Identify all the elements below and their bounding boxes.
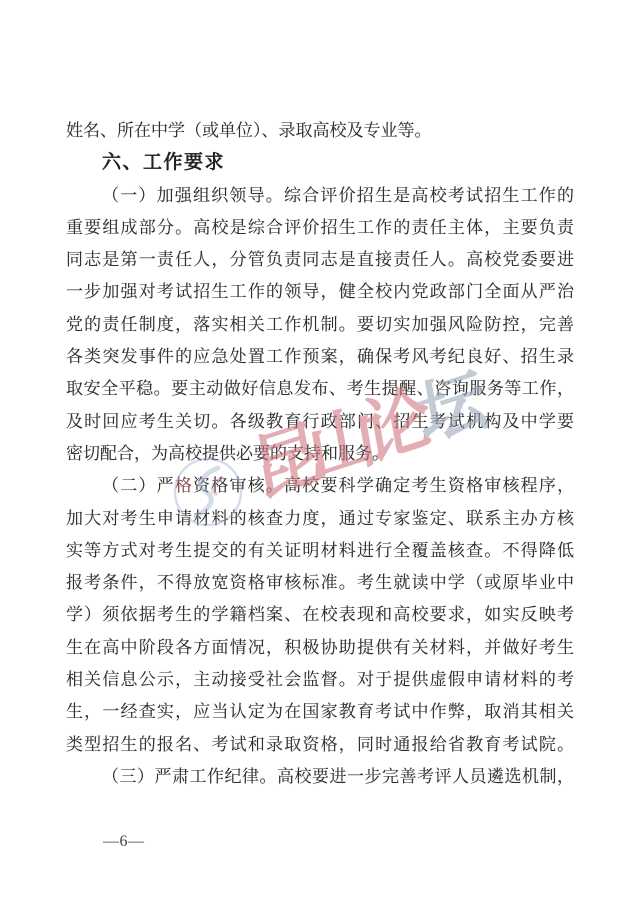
document-line: 各类突发事件的应急处置工作预案，确保考风考纪良好、招生录 [66, 341, 574, 373]
document-page: 姓名、所在中学（或单位）、录取高校及专业等。六、工作要求（一）加强组织领导。综合… [0, 0, 640, 905]
document-line: 密切配合，为高校提供必要的支持和服务。 [66, 438, 574, 470]
document-line: 加大对考生申请材料的核查力度，通过专家鉴定、联系主办方核 [66, 503, 574, 535]
document-line: 党的责任制度，落实相关工作机制。要切实加强风险防控，完善 [66, 309, 574, 341]
document-line: 生在高中阶段各方面情况，积极协助提供有关材料，并做好考生 [66, 632, 574, 664]
section-heading: 六、工作要求 [66, 147, 574, 179]
document-line: （二）严格资格审核。高校要科学确定考生资格审核程序， [66, 470, 574, 502]
document-line: 重要组成部分。高校是综合评价招生工作的责任主体，主要负责 [66, 212, 574, 244]
document-line: 实等方式对考生提交的有关证明材料进行全覆盖核查。不得降低 [66, 535, 574, 567]
document-line: 姓名、所在中学（或单位）、录取高校及专业等。 [66, 115, 574, 147]
document-line: 同志是第一责任人，分管负责同志是直接责任人。高校党委要进 [66, 244, 574, 276]
document-line: 类型招生的报名、考试和录取资格，同时通报给省教育考试院。 [66, 729, 574, 761]
document-line: 及时回应考生关切。各级教育行政部门、招生考试机构及中学要 [66, 406, 574, 438]
document-line: 报考条件，不得放宽资格审核标准。考生就读中学（或原毕业中 [66, 567, 574, 599]
document-line: （三）严肃工作纪律。高校要进一步完善考评人员遴选机制， [66, 761, 574, 793]
document-line: 生，一经查实，应当认定为在国家教育考试中作弊，取消其相关 [66, 696, 574, 728]
page-number: —6— [103, 832, 145, 852]
document-line: 取安全平稳。要主动做好信息发布、考生提醒、咨询服务等工作， [66, 373, 574, 405]
document-line: 学）须依据考生的学籍档案、在校表现和高校要求，如实反映考 [66, 599, 574, 631]
document-line: 相关信息公示，主动接受社会监督。对于提供虚假申请材料的考 [66, 664, 574, 696]
text-block: 姓名、所在中学（或单位）、录取高校及专业等。六、工作要求（一）加强组织领导。综合… [66, 115, 574, 793]
document-line: （一）加强组织领导。综合评价招生是高校考试招生工作的 [66, 180, 574, 212]
document-line: 一步加强对考试招生工作的领导，健全校内党政部门全面从严治 [66, 276, 574, 308]
